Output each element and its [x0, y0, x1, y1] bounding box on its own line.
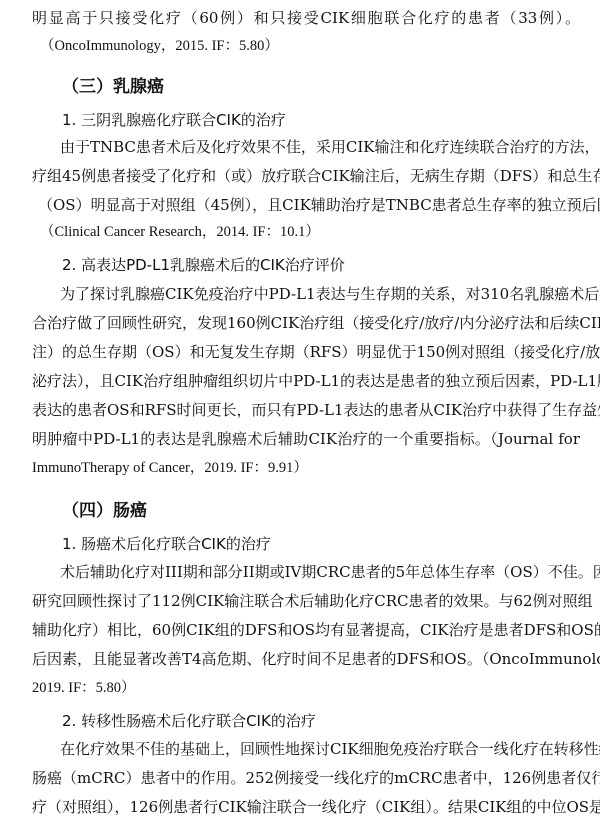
paragraph-line: 后因素，且能显著改善T4高危期、化疗时间不足患者的DFS和OS。（OncoImm…: [32, 649, 580, 669]
citation: （OncoImmunology，2015. IF：5.80）: [40, 36, 588, 56]
paragraph-line: 合治疗做了回顾性研究，发现160例CIK治疗组（接受化疗/放疗/内分泌疗法和后续…: [32, 313, 580, 333]
paragraph-line: （OS）明显高于对照组（45例），且CIK辅助治疗是TNBC患者总生存率的独立预…: [38, 195, 580, 215]
paragraph-line: 在化疗效果不佳的基础上，回顾性地探讨CIK细胞免疫治疗联合一线化疗在转移性结直: [60, 739, 580, 759]
paragraph-line: 为了探讨乳腺癌CIK免疫治疗中PD-L1表达与生存期的关系，对310名乳腺癌术后…: [60, 284, 580, 304]
paragraph-line: 肠癌（mCRC）患者中的作用。252例接受一线化疗的mCRC患者中，126例患者…: [32, 768, 580, 788]
citation: （Clinical Cancer Research，2014. IF：10.1）: [40, 222, 588, 242]
section-heading-breast-cancer: （三）乳腺癌: [62, 72, 164, 97]
subsection-heading: 2. 转移性肠癌术后化疗联合CIK的治疗: [62, 710, 316, 731]
paragraph-line: 明显高于只接受化疗（60例）和只接受CIK细胞联合化疗的患者（33例）。: [32, 8, 580, 28]
paragraph-line: 泌疗法），且CIK治疗组肿瘤组织切片中PD-L1的表达是患者的独立预后因素，PD…: [32, 371, 580, 391]
paragraph-line: 由于TNBC患者术后及化疗效果不佳，采用CIK输注和化疗连续联合治疗的方法，CI…: [60, 137, 580, 157]
paragraph-line: 辅助化疗）相比，60例CIK组的DFS和OS均有显著提高，CIK治疗是患者DFS…: [32, 620, 580, 640]
paragraph-line: 研究回顾性探讨了112例CIK输注联合术后辅助化疗CRC患者的效果。与62例对照…: [32, 591, 580, 611]
subsection-heading: 1. 肠癌术后化疗联合CIK的治疗: [62, 533, 271, 554]
citation: 2019. IF：5.80）: [32, 678, 580, 698]
subsection-heading: 1. 三阴乳腺癌化疗联合CIK的治疗: [62, 109, 286, 130]
paragraph-line: 疗组45例患者接受了化疗和（或）放疗联合CIK输注后，无病生存期（DFS）和总生…: [32, 166, 580, 186]
citation: ImmunoTherapy of Cancer，2019. IF：9.91）: [32, 458, 580, 478]
paragraph-line: 术后辅助化疗对III期和部分II期或IV期CRC患者的5年总体生存率（OS）不佳…: [60, 562, 580, 582]
paragraph-line: 注）的总生存期（OS）和无复发生存期（RFS）明显优于150例对照组（接受化疗/…: [32, 342, 580, 362]
subsection-heading: 2. 高表达PD-L1乳腺癌术后的CIK治疗评价: [62, 254, 345, 275]
paragraph-line: 明肿瘤中PD-L1的表达是乳腺癌术后辅助CIK治疗的一个重要指标。（Journa…: [32, 429, 580, 449]
paragraph-line: 疗（对照组），126例患者行CIK输注联合一线化疗（CIK组）。结果CIK组的中…: [32, 797, 580, 817]
section-heading-colorectal-cancer: （四）肠癌: [62, 496, 147, 521]
paragraph-line: 表达的患者OS和RFS时间更长，而只有PD-L1表达的患者从CIK治疗中获得了生…: [32, 400, 580, 420]
